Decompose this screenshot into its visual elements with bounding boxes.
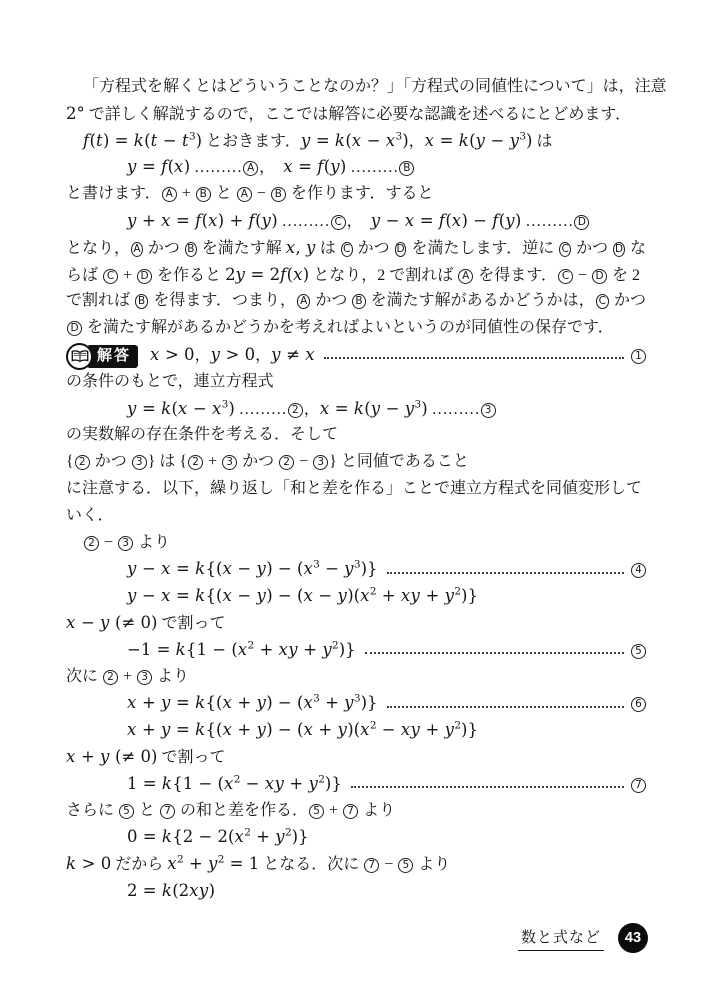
- text-line: さらに 5 と 7 の和と差を作る．5 + 7 より: [66, 798, 646, 825]
- text-run: ，: [259, 155, 283, 182]
- text-run: かつ: [572, 236, 612, 263]
- dotted-leader: [351, 786, 624, 788]
- text-line: 2° で詳しく解説するので，ここでは解答に必要な認識を述べるにとどめます．: [66, 101, 646, 128]
- circled-ref: A: [243, 161, 258, 176]
- text-run: いく．: [66, 503, 114, 530]
- text-run: に注意する．以下，繰り返し「和と差を作る」ことで連立方程式を同値変形して: [66, 476, 642, 503]
- text-run: より: [153, 664, 189, 691]
- circled-ref: C: [331, 215, 346, 230]
- text-line: となり，A かつ B を満たす解 x, y は C かつ D を満たします．逆に…: [66, 235, 646, 262]
- text-run: +: [178, 181, 195, 208]
- circled-ref: B: [185, 242, 197, 257]
- textbook-page: 「方程式を解くとはどういうことなのか？」「方程式の同値性について」は，注意2° …: [0, 0, 706, 1000]
- text-run: より: [359, 798, 395, 825]
- circled-ref: C: [558, 269, 573, 284]
- equation-number: 7: [631, 778, 646, 793]
- text-run: ………: [346, 155, 398, 182]
- numbered-equation-line: −1 = k{1 − (x2 + xy + y2)}5: [66, 637, 646, 664]
- numbered-equation-line: x + y = k{(x + y) − (x3 + y3)}6: [66, 690, 646, 717]
- text-line: x + y (≠ 0) で割って: [66, 744, 646, 771]
- solution-badge: 解答: [66, 343, 138, 370]
- circled-ref: 3: [137, 670, 152, 685]
- math-run: x = k(y − y3): [320, 396, 428, 423]
- dotted-leader: [387, 572, 624, 574]
- text-run: −: [574, 263, 591, 290]
- text-run: ，: [195, 343, 211, 370]
- text-run: の和と差を作る．: [176, 798, 308, 825]
- circled-ref: B: [399, 161, 414, 176]
- circled-ref: A: [297, 294, 310, 309]
- dotted-leader: [324, 357, 624, 359]
- equation-line: x + y = k{(x + y) − (x + y)(x2 − xy + y2…: [66, 717, 646, 744]
- text-run: は: [316, 236, 340, 263]
- text-run: を得ます．: [474, 263, 557, 290]
- text-run: とおきます．: [202, 129, 301, 156]
- text-run: を作ると: [153, 263, 225, 290]
- equation-line: y = f(x) ………A， x = f(y) ………B: [66, 154, 646, 181]
- text-line: 「方程式を解くとはどういうことなのか？」「方程式の同値性について」は，注意: [66, 74, 646, 101]
- text-run: を満たす解: [198, 236, 286, 263]
- equation-line: y − x = k{(x − y) − (x − y)(x2 + xy + y2…: [66, 583, 646, 610]
- math-run: y − x = f(x) − f(y): [371, 208, 522, 235]
- text-run: を 2: [608, 263, 640, 290]
- circled-ref: 7: [343, 804, 358, 819]
- text-run: かつ: [610, 288, 646, 315]
- text-line: に注意する．以下，繰り返し「和と差を作る」ことで連立方程式を同値変形して: [66, 476, 646, 503]
- equation-number: 4: [631, 563, 646, 578]
- page-footer: 数と式など 43: [518, 923, 648, 953]
- circled-ref: B: [196, 187, 211, 202]
- math-run: y − x = k{(x − y) − (x3 − y3)}: [127, 556, 378, 583]
- math-run: 0 = k{2 − 2(x2 + y2)}: [127, 824, 309, 851]
- circled-ref: B: [271, 187, 286, 202]
- text-run: } と同値であること: [329, 449, 469, 476]
- text-run: だから: [111, 852, 167, 879]
- text-run: +: [204, 449, 221, 476]
- text-run: の条件のもとで，連立方程式: [66, 369, 274, 396]
- equation-number: 5: [631, 644, 646, 659]
- equation-line: y + x = f(x) + f(y) ………C， y − x = f(x) −…: [66, 208, 646, 235]
- text-run: +: [325, 798, 342, 825]
- text-run: で詳しく解説するので，ここでは解答に必要な認識を述べるにとどめます．: [85, 102, 631, 129]
- circled-ref: 5: [309, 804, 324, 819]
- text-run: かつ: [91, 449, 131, 476]
- math-run: 1 = k{1 − (x2 − xy + y2)}: [127, 771, 342, 798]
- text-line: の実数解の存在条件を考える．そして: [66, 422, 646, 449]
- text-run: −: [295, 449, 312, 476]
- circled-ref: 3: [481, 403, 496, 418]
- text-run: の実数解の存在条件を考える．そして: [66, 422, 338, 449]
- circled-ref: D: [613, 242, 625, 257]
- circled-ref: 3: [222, 455, 237, 470]
- text-line: x − y (≠ 0) で割って: [66, 610, 646, 637]
- math-run: 2 = k(2xy): [127, 878, 215, 905]
- circled-ref: B: [352, 294, 365, 309]
- text-run: さらに: [66, 798, 118, 825]
- math-run: y − x = k{(x − y) − (x − y)(x2 + xy + y2…: [127, 583, 478, 610]
- text-run: かつ: [238, 449, 278, 476]
- text-line: と書けます．A + B と A − B を作ります．すると: [66, 181, 646, 208]
- text-run: を満たします．逆に: [407, 236, 558, 263]
- text-run: となる．次に: [259, 852, 363, 879]
- circled-ref: 2: [103, 670, 118, 685]
- math-run: y > 0: [211, 342, 256, 369]
- circled-ref: 7: [160, 804, 175, 819]
- math-run: x + y (≠ 0): [66, 744, 157, 771]
- text-line: 次に 2 + 3 より: [66, 664, 646, 691]
- circled-ref: 3: [118, 536, 133, 551]
- text-line: の条件のもとで，連立方程式: [66, 369, 646, 396]
- text-run: かつ: [311, 288, 351, 315]
- text-line: らば C + D を作ると 2y = 2f(x) となり，2 で割れば A を得…: [66, 262, 646, 289]
- text-run: +: [119, 263, 136, 290]
- circled-ref: D: [574, 215, 589, 230]
- text-run: ………: [521, 209, 573, 236]
- page-number-badge: 43: [618, 923, 648, 953]
- circled-ref: 2: [75, 455, 90, 470]
- circled-ref: A: [237, 187, 252, 202]
- numbered-equation-line: y − x = k{(x − y) − (x3 − y3)}4: [66, 556, 646, 583]
- text-run: かつ: [144, 236, 184, 263]
- text-line: 2 − 3 より: [66, 530, 646, 557]
- text-run: ………: [235, 397, 287, 424]
- circled-ref: A: [458, 269, 473, 284]
- text-run: −: [380, 852, 397, 879]
- math-run: 2°: [66, 101, 85, 128]
- text-run: ，: [255, 343, 271, 370]
- text-line: k > 0 だから x2 + y2 = 1 となる．次に 7 − 5 より: [66, 851, 646, 878]
- text-run: ………: [428, 397, 480, 424]
- math-run: x > 0: [150, 342, 195, 369]
- text-run: らば: [66, 263, 102, 290]
- text-run: } は {: [148, 449, 187, 476]
- circled-ref: 2: [279, 455, 294, 470]
- text-run: は: [532, 129, 552, 156]
- math-run: k > 0: [66, 851, 111, 878]
- text-run: 「方程式を解くとはどういうことなのか？」「方程式の同値性について」は，注意: [83, 74, 667, 101]
- math-run: x = k(y − y3): [425, 128, 533, 155]
- text-run: を満たす解があるかどうかは，: [367, 288, 595, 315]
- text-run: ，: [347, 209, 371, 236]
- text-run: かつ: [354, 236, 394, 263]
- circled-ref: 7: [364, 858, 379, 873]
- equation-number: 6: [631, 697, 646, 712]
- text-run: となり，: [66, 236, 130, 263]
- text-run: ，: [304, 397, 320, 424]
- equation-line: y = k(x − x3) ………2，x = k(y − y3) ………3: [66, 396, 646, 423]
- circled-ref: 5: [119, 804, 134, 819]
- circled-ref: D: [137, 269, 152, 284]
- math-run: y = k(x − x3): [127, 396, 235, 423]
- text-run: −: [253, 181, 270, 208]
- math-run: x2 + y2 = 1: [167, 851, 259, 878]
- solution-badge-label: 解答: [87, 345, 138, 368]
- open-book-icon: [66, 343, 93, 370]
- numbered-equation-line: 解答x > 0，y > 0，y ≠ x1: [66, 342, 646, 369]
- text-run: を得ます．つまり，: [149, 288, 296, 315]
- math-run: y + x = f(x) + f(y): [127, 208, 278, 235]
- text-run: ，: [409, 129, 425, 156]
- text-run: で割って: [157, 745, 225, 772]
- text-run: となり，2 で割れば: [309, 263, 457, 290]
- text-run: を満たす解があるかどうかを考えればよいというのが同値性の保存です．: [83, 315, 614, 342]
- circled-ref: A: [131, 242, 143, 257]
- page-content: 「方程式を解くとはどういうことなのか？」「方程式の同値性について」は，注意2° …: [66, 74, 646, 905]
- circled-ref: C: [559, 242, 571, 257]
- dotted-leader: [365, 652, 624, 654]
- math-run: 2y = 2f(x): [225, 262, 309, 289]
- text-line: f(t) = k(t − t3) とおきます．y = k(x − x3)，x =…: [66, 128, 646, 155]
- equation-line: 0 = k{2 − 2(x2 + y2)}: [66, 824, 646, 851]
- circled-ref: C: [596, 294, 609, 309]
- math-run: x, y: [286, 235, 316, 262]
- text-run: を作ります．すると: [287, 181, 434, 208]
- circled-ref: D: [67, 321, 82, 336]
- math-run: x − y (≠ 0): [66, 610, 157, 637]
- math-run: x + y = k{(x + y) − (x3 + y3)}: [127, 690, 378, 717]
- text-run: ………: [278, 209, 330, 236]
- dotted-leader: [387, 706, 624, 708]
- circled-ref: B: [135, 294, 148, 309]
- text-run: {: [66, 449, 74, 476]
- circled-ref: D: [592, 269, 607, 284]
- math-run: f(t) = k(t − t3): [83, 128, 202, 155]
- section-label: 数と式など: [518, 926, 604, 951]
- text-line: D を満たす解があるかどうかを考えればよいというのが同値性の保存です．: [66, 315, 646, 342]
- text-line: {2 かつ 3} は {2 + 3 かつ 2 − 3} と同値であること: [66, 449, 646, 476]
- text-run: と: [135, 798, 159, 825]
- circled-ref: 3: [313, 455, 328, 470]
- text-run: な: [626, 236, 646, 263]
- circled-ref: 2: [288, 403, 303, 418]
- text-run: +: [119, 664, 136, 691]
- math-run: x = f(y): [283, 154, 346, 181]
- circled-ref: C: [341, 242, 353, 257]
- math-run: y ≠ x: [271, 342, 315, 369]
- text-run: で割って: [157, 611, 225, 638]
- text-run: と書けます．: [66, 181, 161, 208]
- circled-ref: 2: [188, 455, 203, 470]
- circled-ref: A: [162, 187, 177, 202]
- circled-ref: C: [103, 269, 118, 284]
- text-run: より: [134, 530, 170, 557]
- math-run: x + y = k{(x + y) − (x + y)(x2 − xy + y2…: [127, 717, 478, 744]
- numbered-equation-line: 1 = k{1 − (x2 − xy + y2)}7: [66, 771, 646, 798]
- math-run: y = f(x): [127, 154, 190, 181]
- text-line: いく．: [66, 503, 646, 530]
- text-line: で割れば B を得ます．つまり，A かつ B を満たす解があるかどうかは，C か…: [66, 288, 646, 315]
- circled-ref: 2: [84, 536, 99, 551]
- circled-ref: D: [395, 242, 407, 257]
- text-run: で割れば: [66, 288, 134, 315]
- math-run: −1 = k{1 − (x2 + xy + y2)}: [127, 637, 356, 664]
- math-run: y = k(x − x3): [301, 128, 409, 155]
- equation-number: 1: [631, 349, 646, 364]
- equation-line: 2 = k(2xy): [66, 878, 646, 905]
- text-run: と: [212, 181, 236, 208]
- circled-ref: 5: [398, 858, 413, 873]
- circled-ref: 3: [132, 455, 147, 470]
- text-run: より: [414, 852, 450, 879]
- text-run: −: [100, 530, 117, 557]
- text-run: ………: [190, 155, 242, 182]
- text-run: 次に: [66, 664, 102, 691]
